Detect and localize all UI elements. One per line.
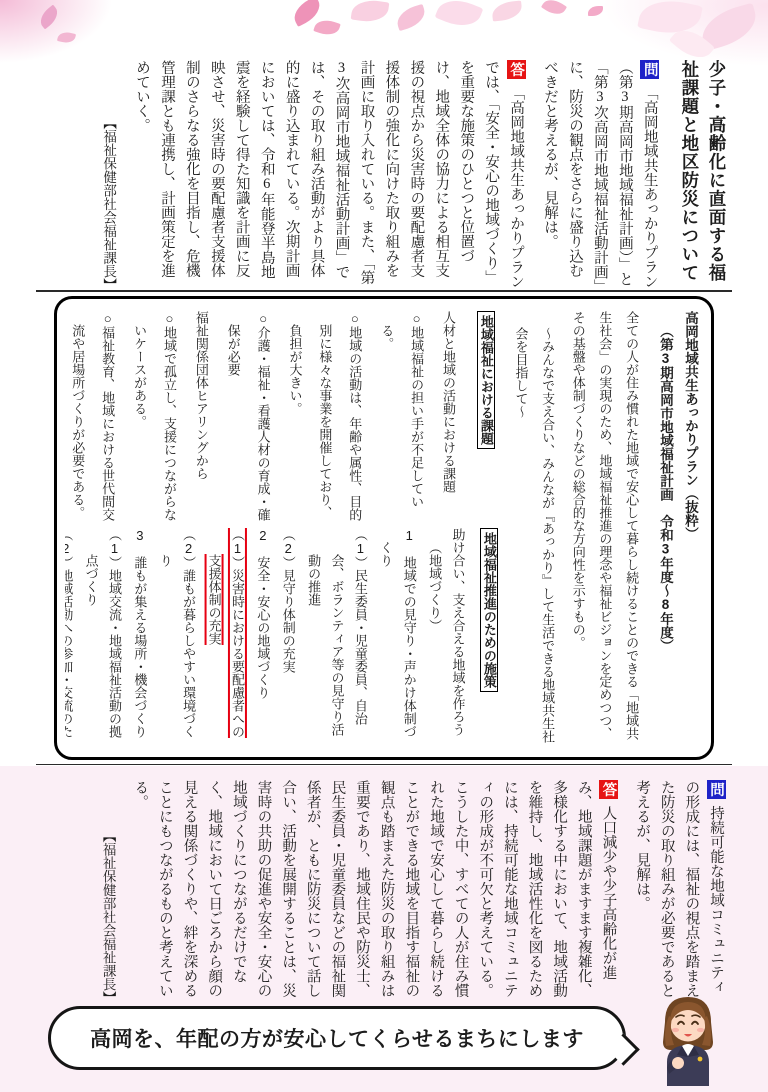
measure-item: （2）地域活動への参加・交流のための情報提供 xyxy=(65,528,77,745)
issue-item: ○福祉教育、地域における世代間交流や居場所づくりが必要である。 xyxy=(65,311,122,528)
measures-section: 地域福祉推進のための施策 助け合い、支え合える地域を作ろう（地域づくり） 1 地… xyxy=(65,528,501,745)
answer-text: 人口減少や少子高齢化が進み、地域課題がますます複雑化、多様化する中において、地域… xyxy=(132,780,616,998)
plan-title: 高岡地域共生あっかりプラン（抜粋） xyxy=(677,311,702,745)
issues-section: 地域福祉における課題 人材と地域の活動における課題 ○地域福祉の担い手が不足して… xyxy=(65,311,501,528)
sakura-petal-icon xyxy=(541,0,567,19)
issue-item: ○介護・福祉・看護人材の育成・確保が必要 xyxy=(218,311,278,528)
sakura-petal-icon xyxy=(491,0,523,21)
plan-box-title: 高岡地域共生あっかりプラン（抜粋） （第3期高岡市地域福祉計画 令和3年度～8年… xyxy=(652,311,702,745)
measure-item: （1）民生委員・児童委員、自治会、ボランティア等の見守り活動の推進 xyxy=(302,528,372,745)
answer-text: 「高岡地域共生あっかりプランでは、「安全・安心の地域づくり」を重要な施策のひとつ… xyxy=(134,60,524,289)
answer-block: 答人口減少や少子高齢化が進み、地域課題がますます複雑化、多様化する中において、地… xyxy=(128,780,621,1004)
question-label: 問 xyxy=(707,780,726,799)
newsletter-page: 少子・高齢化に直面する福祉課題と地区防災について 問「高岡地域共生あっかりプラン… xyxy=(0,0,768,1092)
issue-item: ○地域福祉の担い手が不足している。 xyxy=(371,311,431,528)
plan-excerpt-box: 高岡地域共生あっかりプラン（抜粋） （第3期高岡市地域福祉計画 令和3年度～8年… xyxy=(54,296,714,760)
plan-intro-text: 全ての人が住み慣れた地域で安心して暮らし続けることのできる「地域共生社会」の実現… xyxy=(564,311,644,745)
department-credit: 【福祉保健部社会福祉課長】 xyxy=(96,780,119,1004)
measure-item: （2）見守り体制の充実 xyxy=(276,528,299,745)
issues-header: 地域福祉における課題 xyxy=(471,311,501,528)
sakura-petal-icon xyxy=(588,6,603,16)
issues-subheading: 福祉関係団体ヒアリングから xyxy=(186,311,216,528)
plan-subtitle: （第3期高岡市地域福祉計画 令和3年度～8年度） xyxy=(652,311,677,745)
issue-item: ○地域で孤立し、支援につながらないケースがある。 xyxy=(124,311,184,528)
bottom-qa-article: 問持続可能な地域コミュニティの形成には、福祉の視点を踏まえた防災の取り組みが必要… xyxy=(40,780,728,1004)
sakura-petal-icon xyxy=(57,30,76,45)
section-divider xyxy=(36,290,732,292)
plan-slogan: ～みんなで支え合い、みんなが『あっかり』して生活できる地域共生社会を目指して～ xyxy=(507,311,560,745)
question-block: 問「高岡地域共生あっかりプラン（第3期高岡市地域福祉計画）」と「第3次高岡市地域… xyxy=(537,60,662,291)
sakura-petal-icon xyxy=(394,4,428,31)
sakura-petal-icon xyxy=(696,3,761,52)
sakura-petal-icon xyxy=(351,0,390,24)
measure-item: （2）誰もが暮らしやすい環境づくり xyxy=(153,528,200,745)
sakura-petal-icon xyxy=(36,5,62,30)
measure-item: 2 安全・安心の地域づくり xyxy=(251,528,274,745)
businesswoman-mascot-illustration xyxy=(636,990,740,1086)
measures-lead: 助け合い、支え合える地域を作ろう（地域づくり） xyxy=(423,528,470,745)
measure-item: 1 地域での見守り・声かけ体制づくり xyxy=(374,528,421,745)
answer-label: 答 xyxy=(599,780,618,799)
issue-item: ○地域の活動は、年齢や属性、目的別に様々な事業を開催しており、負担が大きい。 xyxy=(280,311,370,528)
section-divider xyxy=(36,764,732,765)
issues-subheading: 人材と地域の活動における課題 xyxy=(433,311,463,528)
plan-intro-column: 高岡地域共生あっかりプラン（抜粋） （第3期高岡市地域福祉計画 令和3年度～8年… xyxy=(507,311,702,745)
sakura-petal-icon xyxy=(313,17,340,39)
answer-label: 答 xyxy=(507,60,526,79)
sakura-petal-icon xyxy=(289,0,324,27)
speech-bubble: 高岡を、年配の方が安心してくらせるまちにします xyxy=(48,1006,626,1070)
top-qa-article: 少子・高齢化に直面する福祉課題と地区防災について 問「高岡地域共生あっかりプラン… xyxy=(38,60,730,291)
question-block: 問持続可能な地域コミュニティの形成には、福祉の視点を踏まえた防災の取り組みが必要… xyxy=(629,780,728,1004)
measures-header: 地域福祉推進のための施策 xyxy=(477,528,500,745)
question-label: 問 xyxy=(640,60,659,79)
banner-slogan-text: 高岡を、年配の方が安心してくらせるまちにします xyxy=(90,1028,584,1051)
article-headline: 少子・高齢化に直面する福祉課題と地区防災について xyxy=(676,60,730,291)
department-credit: 【福祉保健部社会福祉課長】 xyxy=(97,60,120,291)
measure-item: 3 誰もが集える場所・機会づくり xyxy=(128,528,151,745)
sakura-petal-icon xyxy=(637,0,703,40)
question-text: 「高岡地域共生あっかりプラン（第3期高岡市地域福祉計画）」と「第3次高岡市地域福… xyxy=(542,60,658,289)
measure-item: （1）地域交流・地域福祉活動の拠点づくり xyxy=(79,528,126,745)
measure-item-emphasized: （1）災害時における要配慮者への支援体制の充実 xyxy=(202,528,249,745)
question-text: 持続可能な地域コミュニティの形成には、福祉の視点を踏まえた防災の取り組みが必要で… xyxy=(634,780,724,998)
sakura-petal-icon xyxy=(435,0,484,33)
slogan-banner: 高岡を、年配の方が安心してくらせるまちにします xyxy=(48,992,740,1084)
answer-block: 答「高岡地域共生あっかりプランでは、「安全・安心の地域づくり」を重要な施策のひと… xyxy=(129,60,528,291)
